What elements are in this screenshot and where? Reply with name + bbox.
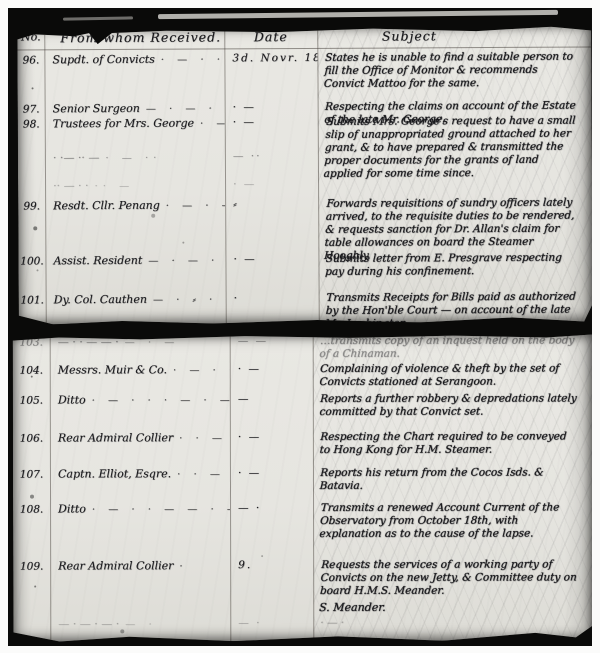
- row-date: 3d. Novr. 1848.: [224, 52, 317, 64]
- row-from: Ditto· — · · · — · — ·: [50, 393, 230, 406]
- row-number: 109.: [13, 560, 50, 573]
- ditto-dashes: — ·: [125, 619, 230, 630]
- ledger-row-ghost: — · — · — ·— · — · · — ·: [13, 616, 592, 630]
- ditto-dashes: · · — · — —: [177, 469, 230, 480]
- row-date: · —: [230, 467, 313, 479]
- from-name: · ·— ·· —: [53, 151, 100, 164]
- column-header-date: Date: [224, 26, 317, 48]
- from-name: Messrs. Muir & Co.: [58, 363, 167, 376]
- ledger-row-ghost: ·· — · ··· — · —: [18, 176, 592, 192]
- ditto-dashes: · · — · — ·: [179, 433, 230, 444]
- ledger-row: 100. Assist. Resident— · — · — · — Submi…: [18, 251, 592, 280]
- from-name: Assist. Resident: [53, 254, 142, 267]
- row-number: 101.: [19, 293, 46, 306]
- row-from: Rear Admiral Collier· · — · — ·: [50, 431, 230, 444]
- row-date: ⸗: [225, 198, 318, 210]
- ledger-row: 108. Ditto· — · · — — · — — · Transmits …: [13, 501, 592, 541]
- from-name: Senior Surgeon: [53, 102, 140, 115]
- row-subject: Reports a further robbery & depredations…: [312, 392, 592, 419]
- row-number: 97.: [18, 102, 45, 115]
- ledger-row: 101. Dy. Col. Cauthen— · ⸗ · — · Transmi…: [19, 290, 592, 324]
- row-number: 106.: [13, 432, 50, 445]
- row-from: Rear Admiral Collier·: [50, 559, 230, 572]
- ditto-dashes: · — · — —: [166, 200, 225, 211]
- row-subject: States he is unable to find a suitable p…: [317, 50, 592, 90]
- column-header-from: From whom Received.: [44, 26, 224, 49]
- row-date: — —: [230, 335, 313, 347]
- row-from: Supdt. of Convicts· — · · —: [44, 52, 224, 66]
- ditto-dashes: — · —: [125, 337, 230, 348]
- from-name: Rear Admiral Collier: [58, 559, 173, 572]
- from-name: Supdt. of Convicts: [52, 53, 154, 67]
- row-from: — · — · — ·— ·: [50, 617, 230, 630]
- ledger-row: 106. Rear Admiral Collier· · — · — · · —…: [13, 430, 592, 457]
- ditto-dashes: · — · · — — · —: [92, 504, 230, 515]
- table-header: No. From whom Received. Date Subject: [17, 24, 591, 49]
- row-from: Dy. Col. Cauthen— · ⸗ · —: [46, 292, 226, 306]
- from-name: — · · — — ·: [58, 335, 119, 348]
- row-number: [13, 618, 50, 619]
- ditto-dashes: · — ··: [105, 152, 225, 164]
- scan-background: No. From whom Received. Date Subject 96.…: [8, 8, 592, 646]
- ditto-dashes: — · — · — —: [146, 103, 225, 114]
- from-name: Resdt. Cllr. Penang: [53, 199, 160, 213]
- row-date: · —: [225, 101, 318, 113]
- ledger-row: 109. Rear Admiral Collier· 9. Requests t…: [13, 558, 592, 614]
- ditto-dashes: ·· —: [95, 180, 226, 192]
- ledger-row: 107. Captn. Elliot, Esqre.· · — · — — · …: [13, 466, 592, 493]
- from-name: Captn. Elliot, Esqre.: [58, 467, 171, 480]
- row-from: · ·— ·· —· — ··: [45, 150, 225, 164]
- from-name: Rear Admiral Collier: [58, 431, 173, 444]
- from-name: Dy. Col. Cauthen: [54, 293, 147, 306]
- row-subject: Transmits Receipts for Bills paid as aut…: [318, 290, 592, 324]
- row-from: Senior Surgeon— · — · — —: [45, 101, 225, 115]
- ledger-row: 96. Supdt. of Convicts· — · · — 3d. Novr…: [17, 50, 591, 92]
- row-number: 103.: [13, 336, 50, 349]
- row-number: 98.: [18, 117, 45, 130]
- row-subject: Requests the services of a working party…: [312, 558, 592, 614]
- row-from: Trustees for Mrs. George· — · —: [45, 116, 225, 130]
- from-name: — · — · — ·: [58, 617, 119, 630]
- row-from: Resdt. Cllr. Penang· — · — —: [45, 198, 225, 212]
- ledger-row: 103. — · · — — ·— · — — — …transmits cop…: [13, 334, 592, 361]
- row-subject: Complaining of violence & theft by the s…: [312, 362, 592, 389]
- row-date: —: [230, 393, 313, 405]
- row-subject: · — ·: [313, 616, 592, 630]
- row-date: 9.: [230, 559, 313, 571]
- ditto-dashes: · — · —: [200, 118, 225, 129]
- ditto-dashes: ·: [179, 561, 230, 572]
- row-subject: Reports his return from the Cocos Isds. …: [312, 466, 592, 493]
- row-date: · —: [225, 116, 318, 128]
- ditto-dashes: · — · · —: [161, 54, 225, 65]
- ledger-row: 104. Messrs. Muir & Co.· — · · — — · · —…: [13, 362, 592, 389]
- row-number: 104.: [13, 364, 50, 377]
- row-number: [18, 179, 45, 180]
- row-subject: Transmits a renewed Account Current of t…: [312, 501, 592, 541]
- from-name: Ditto: [58, 502, 86, 515]
- row-from: Assist. Resident— · — · —: [45, 253, 225, 267]
- row-from: ·· — · ··· —: [45, 178, 225, 192]
- column-header-no: No.: [17, 27, 44, 49]
- row-from: Ditto· — · · — — · —: [50, 502, 230, 515]
- from-name: Trustees for Mrs. George: [53, 117, 194, 131]
- row-date: · —: [225, 253, 318, 265]
- subject-text: Requests the services of a working party…: [320, 558, 577, 596]
- row-date: · —: [225, 178, 318, 190]
- row-from: — · · — — ·— · —: [50, 335, 230, 348]
- column-header-subject: Subject: [317, 24, 591, 47]
- signature: S. Meander.: [319, 600, 577, 614]
- row-number: 96.: [17, 53, 44, 66]
- row-number: 105.: [13, 394, 50, 407]
- row-subject: Respecting the Chart required to be conv…: [312, 430, 592, 457]
- from-name: Ditto: [58, 393, 86, 406]
- row-date: ·: [226, 292, 319, 304]
- row-number: 100.: [18, 254, 45, 267]
- ditto-dashes: — · — · —: [148, 255, 225, 266]
- row-date: · —: [230, 431, 313, 443]
- row-subject: …transmits copy of an inquest held on th…: [312, 334, 592, 361]
- ditto-dashes: — · ⸗ · —: [153, 294, 226, 305]
- page-edge-sliver: [158, 10, 558, 19]
- ledger-row: 105. Ditto· — · · · — · — · — Reports a …: [13, 392, 592, 419]
- row-subject: Submits letter from E. Presgrave respect…: [318, 251, 592, 278]
- page-edge-sliver: [63, 16, 133, 20]
- row-date: — ··: [225, 150, 318, 162]
- row-number: 108.: [13, 503, 50, 516]
- scanned-ledger-screenshot: No. From whom Received. Date Subject 96.…: [0, 0, 600, 653]
- row-number: 107.: [13, 468, 50, 481]
- row-date: · —: [230, 363, 313, 375]
- row-number: 99.: [18, 199, 45, 212]
- ledger-page-bottom: 103. — · · — — ·— · — — — …transmits cop…: [13, 334, 592, 641]
- row-date: — ·: [230, 617, 313, 629]
- ledger-page-top: No. From whom Received. Date Subject 96.…: [17, 24, 592, 324]
- row-from: Captn. Elliot, Esqre.· · — · — —: [50, 467, 230, 480]
- row-from: Messrs. Muir & Co.· — · · — — ·: [50, 363, 230, 376]
- row-number: [18, 151, 45, 152]
- row-date: — ·: [230, 502, 313, 514]
- ditto-dashes: · — · · — — ·: [173, 365, 230, 376]
- ditto-dashes: · — · · · — · — ·: [92, 395, 230, 406]
- row-subject: Submits Mrs. George's request to have a …: [316, 114, 592, 180]
- from-name: ·· — · ·: [53, 179, 89, 192]
